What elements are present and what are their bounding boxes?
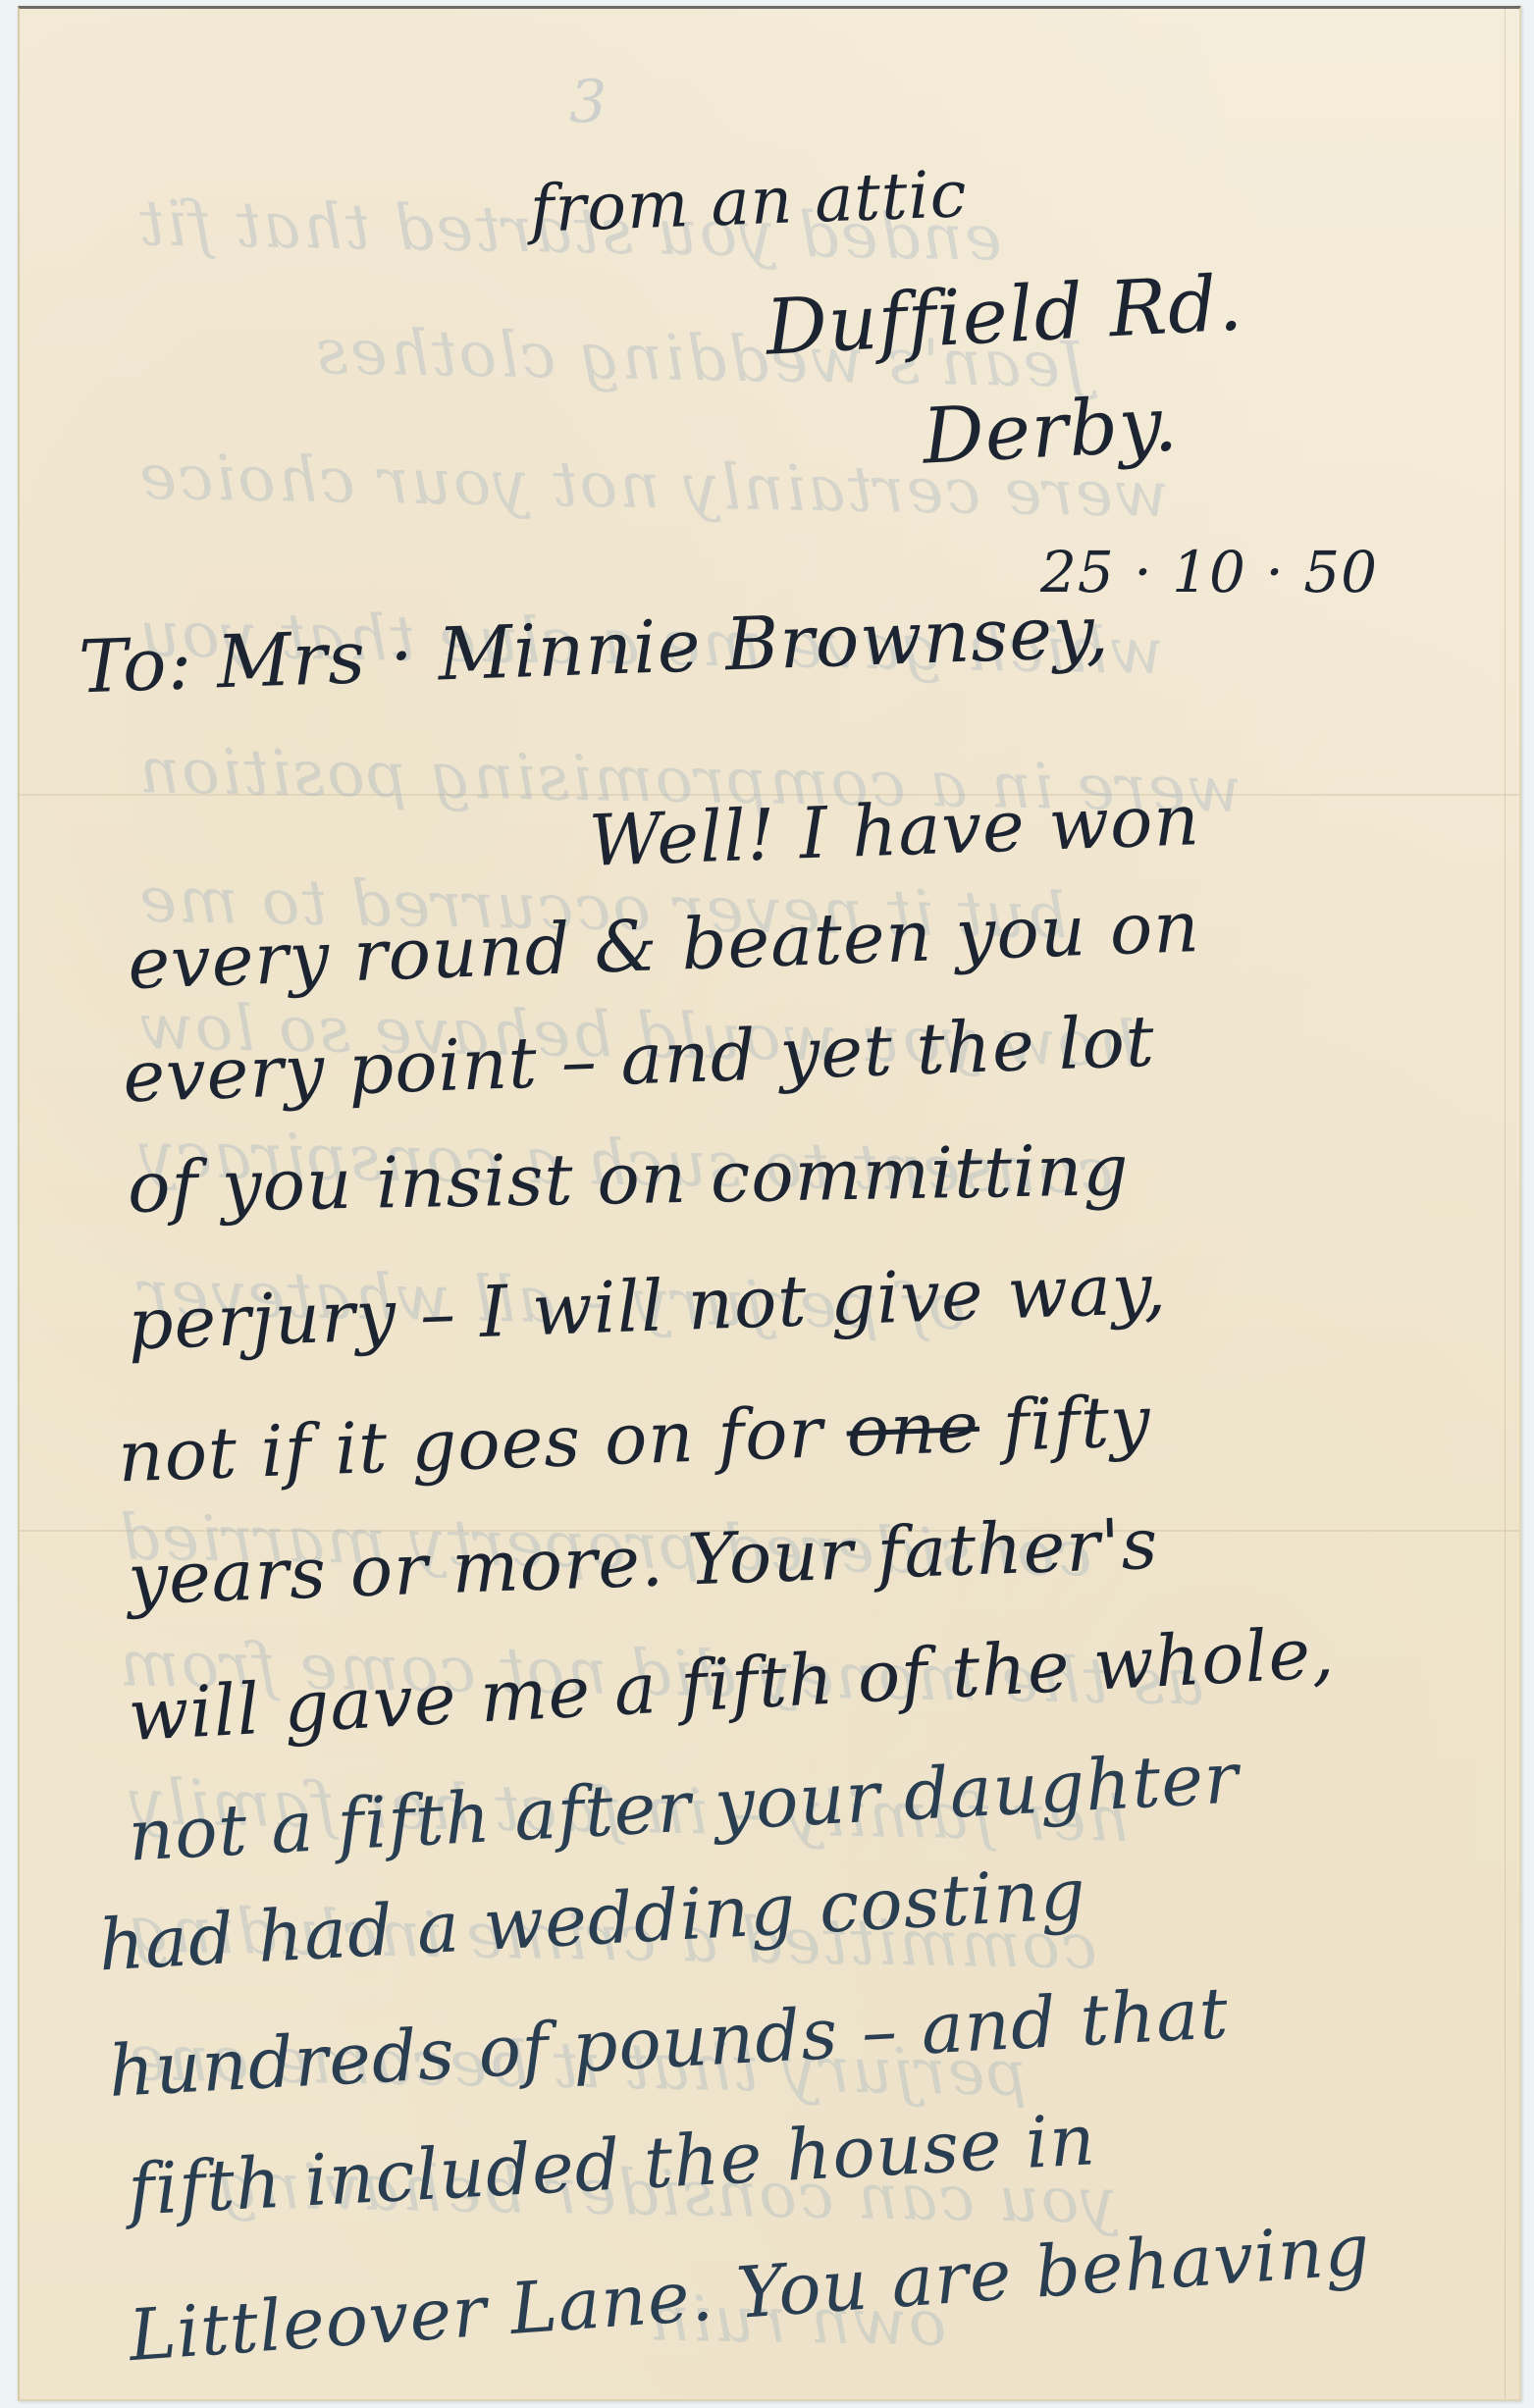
salutation: To: Mrs · Minnie Brownsey,: [78, 590, 1111, 710]
body-line: years or more. Your father's: [127, 1502, 1160, 1621]
letter-paper: ended you started that fit Jean's weddin…: [18, 6, 1521, 2401]
body-line: fifth included the house in: [126, 2098, 1097, 2231]
body-line: had had a wedding costing: [96, 1853, 1087, 1987]
body-line: Littleover Lane. You are behaving: [127, 2208, 1373, 2377]
address-line-city: Derby.: [921, 380, 1181, 482]
page-number: 3: [569, 68, 607, 136]
body-line: will gave me a fifth of the whole,: [127, 1611, 1337, 1756]
body-line: of you insist on committing: [127, 1128, 1130, 1229]
struck-out-word: one: [845, 1386, 980, 1473]
body-line: every round & beaten you on: [127, 885, 1201, 1005]
body-text: not if it goes on for: [117, 1389, 848, 1497]
body-line-with-correction: not if it goes on for one fifty: [117, 1380, 1152, 1498]
body-text: fifty: [978, 1380, 1152, 1468]
body-line: every point – and yet the lot: [122, 1000, 1156, 1119]
body-line: perjury – I will not give way,: [127, 1247, 1168, 1366]
body-line: hundreds of pounds – and that: [107, 1971, 1231, 2113]
address-line-attic: from an attic: [529, 156, 969, 247]
paper-edge-line: [1505, 9, 1506, 2399]
address-line-street: Duffield Rd.: [764, 259, 1245, 372]
